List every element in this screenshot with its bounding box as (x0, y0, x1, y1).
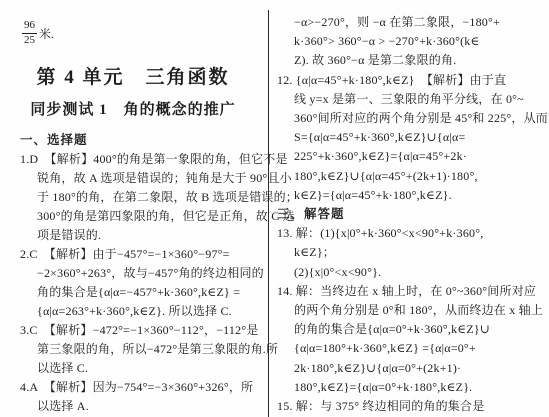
section-header-free-response: 三、解答题 (277, 205, 547, 224)
text-line: 于 180°的角，在第二象限，故 B 选项是错误的； (20, 188, 268, 207)
text-line: k∈Z}={α|α=45°+k·180°,k∈Z}. (277, 186, 547, 205)
text-line: 项是错误的. (20, 226, 268, 245)
text-line: 3.C 【解析】−472°=−1×360°−112°，−112°是 (20, 321, 268, 340)
text-line: 12. {α|α=45°+k·180°,k∈Z} 【解析】由于直 (277, 71, 547, 90)
test-title: 同步测试 1 角的概念的推广 (0, 98, 266, 119)
text-line: {α|α=263°+k·360°,k∈Z}. 所以选择 C. (20, 302, 268, 321)
unit-title: 第 4 单元 三角函数 (0, 62, 266, 89)
text-line: 14. 解：当终边在 x 轴上时，在 0°~360°间所对应 (277, 282, 547, 301)
text-line: 角的集合是{α|α=−457°+k·360°,k∈Z} = (20, 283, 268, 302)
right-column: −α>−270°，则 −α 在第二象限，−180°+ k·360°> 360°−… (277, 13, 547, 416)
text-line: 225°+k·360°,k∈Z}={α|α=45°+2k· (277, 147, 547, 166)
text-line: 以选择 C. (20, 359, 268, 378)
text-line: 2k·180°,k∈Z}∪{α|α=0°+(2k+1)· (277, 359, 547, 378)
text-line: 15. 解：与 375° 终边相同的角的集合是 (277, 397, 547, 416)
text-line: 1.D 【解析】400°的角是第一象限的角，但它不是 (20, 150, 268, 169)
workbook-page: 96 25 米. 第 4 单元 三角函数 同步测试 1 角的概念的推广 一、选择… (0, 0, 549, 417)
text-line: 的两个角分别是 0°和 180°，从而终边在 x 轴上 (277, 301, 547, 320)
text-line: k∈Z}； (277, 243, 547, 262)
text-line: 300°的角是第四象限的角，但它是正角，故 C 选 (20, 207, 268, 226)
text-line: 2.C 【解析】由于−457°=−1×360°−97°= (20, 245, 268, 264)
text-line: 13. 解：(1){x|0°+k·360°<x<90°+k·360°, (277, 224, 547, 243)
left-column: 一、选择题 1.D 【解析】400°的角是第一象限的角，但它不是 锐角，故 A … (20, 131, 268, 416)
text-line: 4.A 【解析】因为−754°=−3×360°+326°，所 (20, 378, 268, 397)
text-line: 的角的集合是{α|α=0°+k·360°,k∈Z}∪ (277, 320, 547, 339)
fraction-unit-label: 米. (39, 25, 54, 42)
text-line: 180°,k∈Z}∪{α|α=45°+(2k+1)·180°, (277, 167, 547, 186)
text-line: (2){x|0°<x<90°}. (277, 263, 547, 282)
text-line: k·360°> 360°−α > −270°+k·360°(k∈ (277, 32, 547, 51)
fraction-numerator: 96 (24, 20, 35, 32)
text-line: 锐角，故 A 选项是错误的；钝角是大于 90°且小 (20, 169, 268, 188)
text-line: {α|α=180°+k·360°,k∈Z} ={α|α=0°+ (277, 339, 547, 358)
text-line: 360°间所对应的两个角分别是 45°和 225°，从而 (277, 109, 547, 128)
text-line: 以选择 A. (20, 397, 268, 416)
text-line: −α>−270°，则 −α 在第二象限，−180°+ (277, 13, 547, 32)
text-line: −2×360°+263°，故与−457°角的终边相同的 (20, 264, 268, 283)
text-line: 线 y=x 是第一、三象限的角平分线，在 0°~ (277, 90, 547, 109)
section-header-multiple-choice: 一、选择题 (20, 131, 268, 150)
text-line: Z). 故 360°−α 是第二象限的角. (277, 51, 547, 70)
fraction: 96 25 (22, 20, 37, 46)
fraction-denominator: 25 (24, 35, 35, 47)
fraction-note: 96 25 米. (22, 20, 54, 46)
text-line: 第三象限的角，所以−472°是第三象限的角.所 (20, 340, 268, 359)
text-line: S={α|α=45°+k·360°,k∈Z}∪{α|α= (277, 128, 547, 147)
text-line: 180°,k∈Z}={α|α=0°+k·180°,k∈Z}. (277, 378, 547, 397)
